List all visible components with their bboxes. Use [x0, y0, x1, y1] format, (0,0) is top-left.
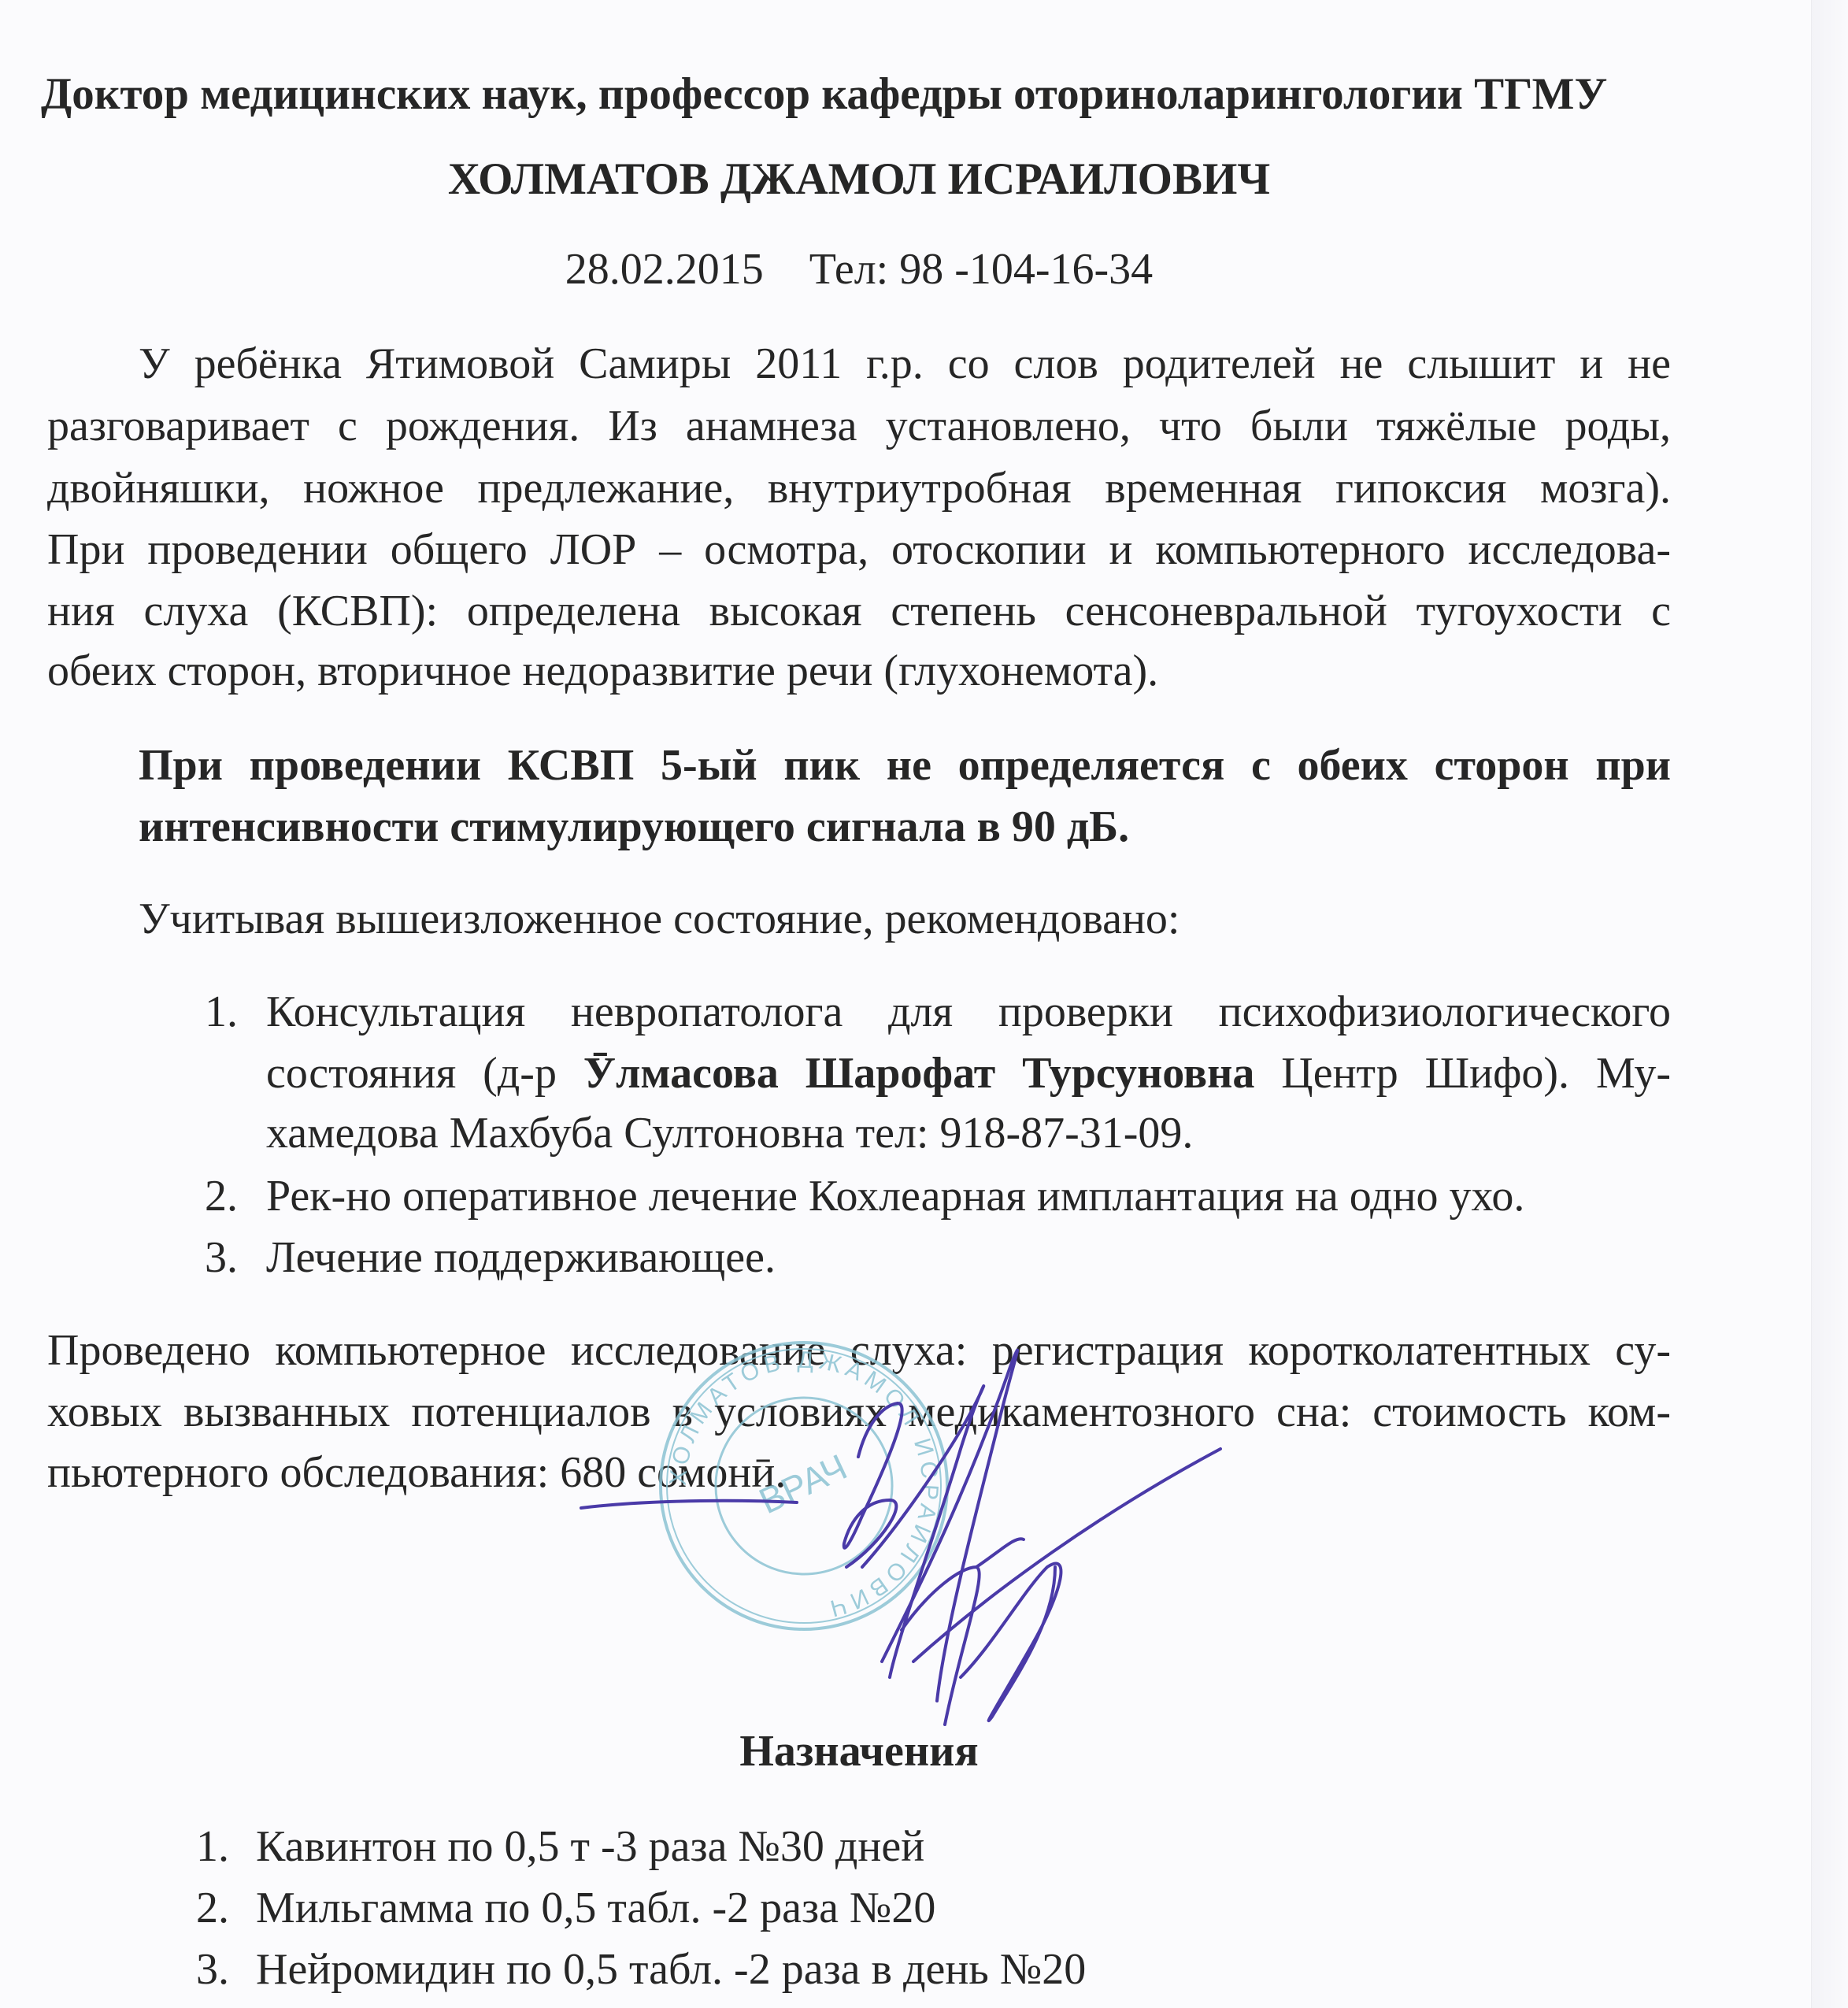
anamnesis-line: У ребёнка Ятимовой Самиры 2011 г.р. со с…: [139, 339, 1671, 389]
cost-line: пьютерного обследования: 680 сомонӣ.: [47, 1447, 786, 1498]
recommendation-text: хамедова Махбуба Султоновна тел: 918-87-…: [266, 1108, 1193, 1158]
doctor-name: ХОЛМАТОВ ДЖАМОЛ ИСРАИЛОВИЧ: [47, 154, 1671, 205]
list-number: 1.: [196, 1821, 229, 1872]
anamnesis-line: разговаривает с рождения. Из анамнеза ус…: [47, 401, 1671, 451]
recommendation-text: Рек-но оперативное лечение Кохлеарная им…: [266, 1171, 1524, 1221]
text-segment: состояния (д-р: [266, 1049, 583, 1098]
date-phone-row: 28.02.2015Тел: 98 -104-16-34: [47, 244, 1671, 295]
prescription-text: Кавинтон по 0,5 т -3 раза №30 дней: [256, 1821, 924, 1872]
list-number: 1.: [205, 987, 238, 1037]
referral-doctor-name: Ӯлмасова Шарофат Турсуновна: [583, 1049, 1254, 1098]
anamnesis-line: При проведении общего ЛОР – осмотра, ото…: [47, 524, 1671, 575]
doctor-phone: Тел: 98 -104-16-34: [809, 245, 1153, 294]
anamnesis-line: обеих сторон, вторичное недоразвитие реч…: [47, 646, 1158, 696]
doctor-title: Доктор медицинских наук, профессор кафед…: [41, 69, 1607, 120]
cost-line: Проведено компьютерное исследование слух…: [47, 1325, 1671, 1376]
finding-line: интенсивности стимулирующего сигнала в 9…: [139, 802, 1129, 852]
anamnesis-line: ния слуха (КСВП): определена высокая сте…: [47, 586, 1671, 636]
list-number: 2.: [196, 1883, 229, 1933]
recommendation-text: Консультация невропатолога для проверки …: [266, 987, 1671, 1037]
anamnesis-line: двойняшки, ножное предлежание, внутриутр…: [47, 463, 1671, 513]
recommendation-text: состояния (д-р Ӯлмасова Шарофат Турсунов…: [266, 1048, 1671, 1098]
list-number: 2.: [205, 1171, 238, 1221]
list-number: 3.: [205, 1232, 238, 1283]
prescription-text: Мильгамма по 0,5 табл. -2 раза №20: [256, 1883, 935, 1933]
list-number: 3.: [196, 1944, 229, 1995]
cost-line: ховых вызванных потенциалов в условиях м…: [47, 1387, 1671, 1437]
recommendation-intro: Учитывая вышеизложенное состояние, реком…: [139, 894, 1180, 944]
recommendation-text: Лечение поддерживающее.: [266, 1232, 776, 1283]
text-segment: Центр Шифо). Му-: [1254, 1049, 1671, 1098]
prescriptions-title: Назначения: [47, 1726, 1671, 1776]
scan-edge: [1811, 0, 1848, 2008]
finding-line: При проведении КСВП 5-ый пик не определя…: [139, 740, 1671, 791]
document-date: 28.02.2015: [565, 245, 764, 294]
prescription-text: Нейромидин по 0,5 табл. -2 раза в день №…: [256, 1944, 1086, 1995]
